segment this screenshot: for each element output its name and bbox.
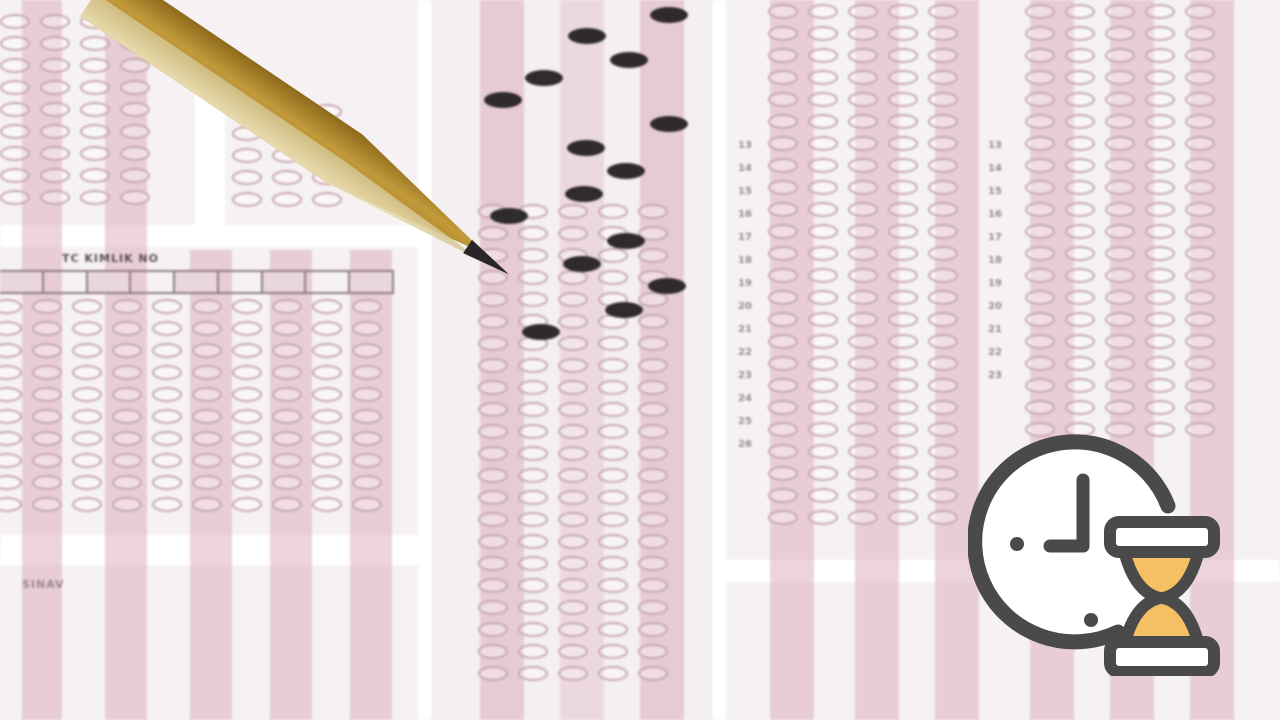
question-number: 21	[988, 324, 1002, 335]
question-number: 25	[738, 416, 752, 427]
divider	[418, 0, 432, 720]
question-number: 22	[988, 347, 1002, 358]
question-number: 13	[738, 140, 752, 151]
filled-bubble	[650, 7, 688, 23]
id-number-boxes	[0, 270, 394, 294]
question-number: 21	[738, 324, 752, 335]
question-number: 13	[988, 140, 1002, 151]
bubble-grid-answers-right-a	[768, 0, 958, 528]
filled-bubble	[563, 256, 601, 272]
filled-bubble	[525, 70, 563, 86]
question-number: 23	[988, 370, 1002, 381]
question-number: 16	[988, 209, 1002, 220]
filled-bubble	[605, 302, 643, 318]
filled-bubble	[568, 28, 606, 44]
question-number: 17	[988, 232, 1002, 243]
question-number: 17	[738, 232, 752, 243]
question-number: 18	[988, 255, 1002, 266]
id-bubble-grid	[0, 295, 382, 515]
filled-bubble	[607, 233, 645, 249]
filled-bubble	[607, 163, 645, 179]
bubble-grid-answers-right-b	[1025, 0, 1215, 440]
filled-bubble	[484, 92, 522, 108]
question-number: 19	[738, 278, 752, 289]
filled-bubble	[650, 116, 688, 132]
filled-bubble	[567, 140, 605, 156]
question-number: 15	[988, 186, 1002, 197]
question-number: 14	[738, 163, 752, 174]
question-number: 15	[738, 186, 752, 197]
lower-section-label: SINAV	[22, 578, 65, 591]
question-number: 14	[988, 163, 1002, 174]
form-label: TC KIMLIK NO	[62, 252, 159, 265]
question-number: 23	[738, 370, 752, 381]
question-number: 19	[988, 278, 1002, 289]
divider	[712, 0, 726, 720]
filled-bubble	[565, 186, 603, 202]
question-number: 18	[738, 255, 752, 266]
question-number: 24	[738, 393, 752, 404]
filled-bubble	[610, 52, 648, 68]
filled-bubble	[648, 278, 686, 294]
clock-hourglass-icon	[968, 428, 1224, 676]
question-number: 20	[988, 301, 1002, 312]
question-number: 22	[738, 347, 752, 358]
filled-bubble	[522, 324, 560, 340]
question-number: 20	[738, 301, 752, 312]
question-number: 26	[738, 439, 752, 450]
question-number: 16	[738, 209, 752, 220]
